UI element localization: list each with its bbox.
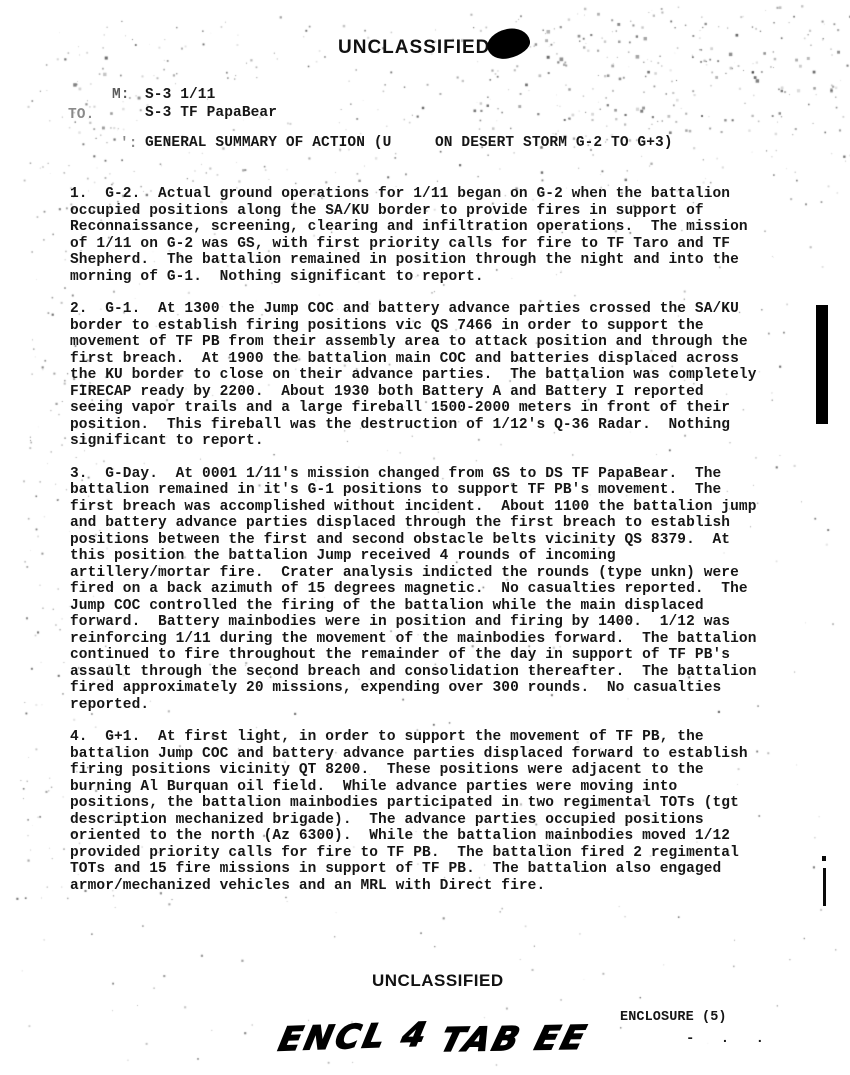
pen-marks: - . . (686, 1031, 773, 1047)
paragraph-1: 1. G-2. Actual ground operations for 1/1… (70, 186, 760, 285)
handwriting-tab: TAB EE (436, 1018, 592, 1060)
to-value: S-3 TF PapaBear (145, 105, 277, 122)
from-prefix: M: (112, 87, 130, 104)
subject-line-right: ON DESERT STORM G-2 TO G+3) (435, 135, 673, 152)
redaction-blob (484, 25, 532, 62)
classification-banner-top: UNCLASSIFIED (338, 37, 490, 59)
redaction-bar (816, 305, 828, 424)
handwriting-encl: ENCL 4 (275, 1014, 432, 1058)
paragraph-4: 4. G+1. At first light, in order to supp… (70, 729, 760, 894)
from-value: S-3 1/11 (145, 87, 215, 104)
ink-mark-line (823, 868, 826, 906)
subject-prefix: ': (120, 136, 138, 153)
document-body: 1. G-2. Actual ground operations for 1/1… (70, 186, 760, 910)
scanned-document-page: UNCLASSIFIED M: S-3 1/11 TO. S-3 TF Papa… (0, 0, 850, 1075)
paragraph-3: 3. G-Day. At 0001 1/11's mission changed… (70, 466, 760, 714)
classification-banner-bottom: UNCLASSIFIED (372, 971, 504, 991)
ink-mark-dot (822, 856, 826, 861)
to-prefix: TO. (68, 107, 94, 124)
paragraph-2: 2. G-1. At 1300 the Jump COC and battery… (70, 301, 760, 450)
enclosure-label: ENCLOSURE (5) (620, 1010, 727, 1027)
subject-line-left: GENERAL SUMMARY OF ACTION (U (145, 135, 391, 152)
